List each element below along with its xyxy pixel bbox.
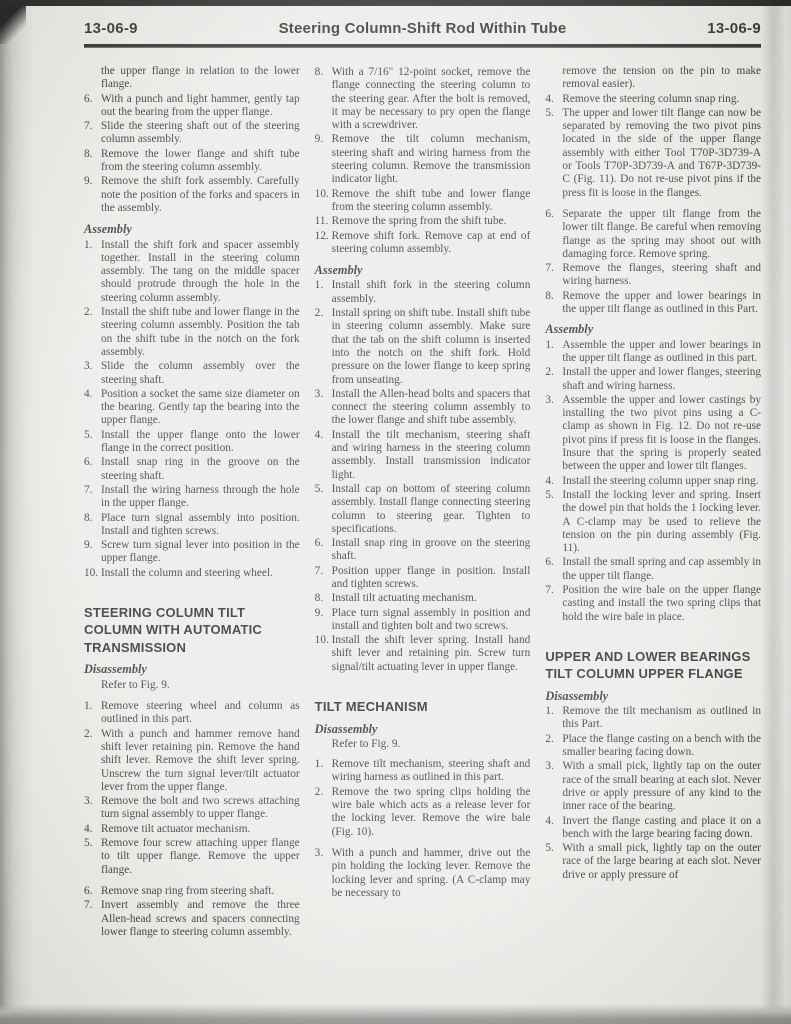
item-text: Install the column and steering wheel.: [101, 567, 300, 580]
item-number: 6.: [84, 93, 101, 120]
list-item: 8.With a 7/16" 12-point socket, remove t…: [315, 66, 531, 132]
item-text: Remove tilt mechanism, steering shaft an…: [332, 758, 531, 785]
item-text: Install shift fork in the steering colum…: [332, 279, 531, 306]
item-text: The upper and lower tilt flange can now …: [562, 107, 761, 200]
list-item: 9.Place turn signal assembly in position…: [315, 607, 531, 634]
item-text: Remove steering wheel and column as outl…: [101, 700, 300, 727]
item-number: 10.: [315, 634, 332, 674]
item-text: Install the small spring and cap assembl…: [562, 556, 761, 583]
list-item: 3.With a small pick, lightly tap on the …: [545, 760, 761, 813]
item-number: 3.: [545, 394, 562, 474]
list-item: 5.Remove four screw attaching upper flan…: [84, 837, 300, 877]
item-text: Install cap on bottom of steering column…: [332, 483, 531, 536]
list-item: 5.Install cap on bottom of steering colu…: [315, 483, 531, 536]
bottom-edge-shadow: [0, 1004, 791, 1024]
list-item: 8.Install tilt actuating mechanism.: [315, 592, 531, 605]
item-number: 7.: [545, 262, 562, 289]
section-heading: UPPER AND LOWER BEARINGS TILT COLUMN UPP…: [545, 648, 761, 683]
top-edge-bar: [0, 0, 791, 6]
item-number: 9.: [84, 539, 101, 566]
item-number: 7.: [545, 584, 562, 624]
item-number: 11.: [315, 215, 332, 228]
item-text: Remove the shift fork assembly. Carefull…: [101, 175, 300, 215]
item-text: Slide the steering shaft out of the stee…: [101, 120, 300, 147]
item-text: Place turn signal assembly in position a…: [332, 607, 531, 634]
list-item: 2.Install the shift tube and lower flang…: [84, 306, 300, 359]
item-number: 9.: [315, 133, 332, 186]
continuation-text: the upper flange in relation to the lowe…: [84, 65, 300, 92]
item-text: Install the shift fork and spacer assemb…: [101, 239, 300, 305]
list-item: 10.Remove the shift tube and lower flang…: [315, 188, 531, 215]
item-text: Remove the tilt mechanism as outlined in…: [562, 705, 761, 732]
list-item: 6.Install snap ring in the groove on the…: [84, 456, 300, 483]
item-number: 2.: [84, 306, 101, 359]
item-number: 2.: [315, 786, 332, 839]
item-text: Install the tilt mechanism, steering sha…: [332, 429, 531, 482]
item-number: 6.: [315, 537, 332, 564]
item-text: Remove tilt actuator mechanism.: [101, 823, 300, 836]
item-number: 8.: [84, 512, 101, 539]
item-number: 6.: [84, 885, 101, 898]
item-number: 3.: [84, 795, 101, 822]
item-text: Remove the upper and lower bearings in t…: [562, 290, 761, 317]
item-text: With a punch and hammer remove hand shif…: [101, 728, 300, 794]
list-item: 6.Install snap ring in groove on the ste…: [315, 537, 531, 564]
list-item: 3.Assemble the upper and lower castings …: [545, 394, 761, 474]
item-text: Remove the steering column snap ring.: [562, 93, 761, 106]
item-number: 8.: [84, 148, 101, 175]
list-item: 5.Install the locking lever and spring. …: [545, 489, 761, 555]
item-text: Install the upper flange onto the lower …: [101, 429, 300, 456]
item-text: With a punch and hammer, drive out the p…: [332, 847, 531, 900]
continuation-text: remove the tension on the pin to make re…: [545, 65, 761, 92]
item-text: Invert the flange casting and place it o…: [562, 815, 761, 842]
item-number: 8.: [315, 592, 332, 605]
refer-note: Refer to Fig. 9.: [84, 679, 300, 692]
subsection-heading: Assembly: [315, 264, 531, 277]
item-number: 7.: [84, 899, 101, 939]
list-item: 1.Install the shift fork and spacer asse…: [84, 239, 300, 305]
binding-shadow-left: [0, 0, 34, 1024]
item-text: Invert assembly and remove the three All…: [101, 899, 300, 939]
list-item: 9.Screw turn signal lever into position …: [84, 539, 300, 566]
item-text: With a small pick, lightly tap on the ou…: [562, 760, 761, 813]
list-item: 6.Remove snap ring from steering shaft.: [84, 885, 300, 898]
list-item: 6.With a punch and light hammer, gently …: [84, 93, 300, 120]
item-number: 7.: [84, 484, 101, 511]
list-item: 2.Place the flange casting on a bench wi…: [545, 733, 761, 760]
item-number: 6.: [545, 208, 562, 261]
item-text: With a small pick, lightly tap on the ou…: [562, 842, 761, 882]
item-text: Install spring on shift tube. Install sh…: [332, 307, 531, 387]
binding-shadow-corner: [0, 0, 26, 44]
item-text: Install the shift lever spring. Install …: [332, 634, 531, 674]
list-item: 7.Invert assembly and remove the three A…: [84, 899, 300, 939]
item-number: 7.: [84, 120, 101, 147]
list-item: 9.Remove the tilt column mechanism, stee…: [315, 133, 531, 186]
list-item: 6.Separate the upper tilt flange from th…: [545, 208, 761, 261]
doc-column: 8.With a 7/16" 12-point socket, remove t…: [315, 65, 531, 939]
subsection-heading: Assembly: [84, 223, 300, 236]
item-text: Remove the tilt column mechanism, steeri…: [332, 133, 531, 186]
item-number: 5.: [545, 489, 562, 555]
doc-column: the upper flange in relation to the lowe…: [84, 65, 300, 939]
item-number: 1.: [545, 705, 562, 732]
scan-page: 13-06-9 Steering Column-Shift Rod Within…: [0, 0, 791, 1024]
list-item: 4.Install the tilt mechanism, steering s…: [315, 429, 531, 482]
item-number: 2.: [545, 733, 562, 760]
item-text: Separate the upper tilt flange from the …: [562, 208, 761, 261]
page-header: 13-06-9 Steering Column-Shift Rod Within…: [84, 20, 761, 37]
list-item: 2.With a punch and hammer remove hand sh…: [84, 728, 300, 794]
item-text: Remove the flanges, steering shaft and w…: [562, 262, 761, 289]
item-number: 4.: [545, 93, 562, 106]
item-number: 8.: [545, 290, 562, 317]
page-content: 13-06-9 Steering Column-Shift Rod Within…: [84, 20, 761, 939]
item-number: 5.: [545, 107, 562, 200]
item-text: Position upper flange in position. Insta…: [332, 565, 531, 592]
item-text: Install snap ring in groove on the steer…: [332, 537, 531, 564]
item-number: 3.: [315, 388, 332, 428]
item-number: 9.: [84, 175, 101, 215]
subsection-heading: Disassembly: [315, 723, 531, 736]
item-number: 1.: [545, 339, 562, 366]
list-item: 5.With a small pick, lightly tap on the …: [545, 842, 761, 882]
columns: the upper flange in relation to the lowe…: [84, 65, 761, 939]
item-text: Position the wire bale on the upper flan…: [562, 584, 761, 624]
item-text: Assemble the upper and lower castings by…: [562, 394, 761, 474]
item-text: Install tilt actuating mechanism.: [332, 592, 531, 605]
item-number: 9.: [315, 607, 332, 634]
list-item: 1.Remove steering wheel and column as ou…: [84, 700, 300, 727]
section-heading: TILT MECHANISM: [315, 698, 531, 716]
list-item: 1.Remove the tilt mechanism as outlined …: [545, 705, 761, 732]
refer-note: Refer to Fig. 9.: [315, 738, 531, 751]
item-number: 5.: [84, 837, 101, 877]
item-number: 4.: [545, 475, 562, 488]
item-text: With a 7/16" 12-point socket, remove the…: [332, 66, 531, 132]
list-item: 7.Slide the steering shaft out of the st…: [84, 120, 300, 147]
list-item: 10.Install the shift lever spring. Insta…: [315, 634, 531, 674]
item-number: 10.: [84, 567, 101, 580]
item-number: 5.: [315, 483, 332, 536]
item-text: Screw turn signal lever into position in…: [101, 539, 300, 566]
item-text: Remove the shift tube and lower flange f…: [332, 188, 531, 215]
item-number: 5.: [84, 429, 101, 456]
list-item: 8.Remove the lower flange and shift tube…: [84, 148, 300, 175]
item-text: Remove shift fork. Remove cap at end of …: [332, 230, 531, 257]
item-number: 12.: [315, 230, 332, 257]
list-item: 3.With a punch and hammer, drive out the…: [315, 847, 531, 900]
list-item: 7.Position upper flange in position. Ins…: [315, 565, 531, 592]
list-item: 3.Install the Allen-head bolts and space…: [315, 388, 531, 428]
item-number: 3.: [84, 360, 101, 387]
list-item: 12.Remove shift fork. Remove cap at end …: [315, 230, 531, 257]
subsection-heading: Disassembly: [84, 663, 300, 676]
list-item: 4.Remove tilt actuator mechanism.: [84, 823, 300, 836]
item-number: 1.: [84, 700, 101, 727]
item-number: 1.: [315, 279, 332, 306]
item-number: 4.: [315, 429, 332, 482]
list-item: 7.Install the wiring harness through the…: [84, 484, 300, 511]
item-text: Remove snap ring from steering shaft.: [101, 885, 300, 898]
item-number: 1.: [84, 239, 101, 305]
list-item: 1.Assemble the upper and lower bearings …: [545, 339, 761, 366]
item-number: 4.: [84, 823, 101, 836]
list-item: 3.Remove the bolt and two screws attachi…: [84, 795, 300, 822]
list-item: 2.Install the upper and lower flanges, s…: [545, 366, 761, 393]
list-item: 7.Remove the flanges, steering shaft and…: [545, 262, 761, 289]
list-item: 6.Install the small spring and cap assem…: [545, 556, 761, 583]
item-number: 2.: [315, 307, 332, 387]
item-number: 5.: [545, 842, 562, 882]
list-item: 4.Install the steering column upper snap…: [545, 475, 761, 488]
item-number: 2.: [84, 728, 101, 794]
item-text: Remove four screw attaching upper flange…: [101, 837, 300, 877]
list-item: 5.Install the upper flange onto the lowe…: [84, 429, 300, 456]
item-number: 4.: [545, 815, 562, 842]
page-number-right: 13-06-9: [707, 20, 761, 37]
list-item: 3.Slide the column assembly over the ste…: [84, 360, 300, 387]
item-text: Install the locking lever and spring. In…: [562, 489, 761, 555]
item-number: 8.: [315, 66, 332, 132]
list-item: 8.Remove the upper and lower bearings in…: [545, 290, 761, 317]
subsection-heading: Disassembly: [545, 690, 761, 703]
page-title: Steering Column-Shift Rod Within Tube: [138, 20, 707, 37]
doc-column: remove the tension on the pin to make re…: [545, 65, 761, 939]
right-page-edge: [761, 0, 791, 1024]
item-text: Install the Allen-head bolts and spacers…: [332, 388, 531, 428]
subsection-heading: Assembly: [545, 323, 761, 336]
list-item: 4.Remove the steering column snap ring.: [545, 93, 761, 106]
section-heading: STEERING COLUMN TILT COLUMN WITH AUTOMAT…: [84, 604, 300, 657]
page-number-left: 13-06-9: [84, 20, 138, 37]
list-item: 4.Invert the flange casting and place it…: [545, 815, 761, 842]
item-text: Position a socket the same size diameter…: [101, 388, 300, 428]
item-text: Remove the lower flange and shift tube f…: [101, 148, 300, 175]
item-text: Remove the spring from the shift tube.: [332, 215, 531, 228]
item-number: 1.: [315, 758, 332, 785]
list-item: 2.Remove the two spring clips holding th…: [315, 786, 531, 839]
item-number: 3.: [545, 760, 562, 813]
item-number: 7.: [315, 565, 332, 592]
list-item: 11.Remove the spring from the shift tube…: [315, 215, 531, 228]
header-rule: [84, 44, 761, 48]
list-item: 2.Install spring on shift tube. Install …: [315, 307, 531, 387]
list-item: 8.Place turn signal assembly into positi…: [84, 512, 300, 539]
item-text: Install the shift tube and lower flange …: [101, 306, 300, 359]
item-number: 3.: [315, 847, 332, 900]
item-number: 6.: [545, 556, 562, 583]
item-text: Install snap ring in the groove on the s…: [101, 456, 300, 483]
item-text: Slide the column assembly over the steer…: [101, 360, 300, 387]
list-item: 4.Position a socket the same size diamet…: [84, 388, 300, 428]
item-number: 10.: [315, 188, 332, 215]
list-item: 9.Remove the shift fork assembly. Carefu…: [84, 175, 300, 215]
item-number: 6.: [84, 456, 101, 483]
item-text: Install the steering column upper snap r…: [562, 475, 761, 488]
list-item: 10.Install the column and steering wheel…: [84, 567, 300, 580]
item-number: 2.: [545, 366, 562, 393]
item-text: Place the flange casting on a bench with…: [562, 733, 761, 760]
list-item: 1.Install shift fork in the steering col…: [315, 279, 531, 306]
list-item: 5.The upper and lower tilt flange can no…: [545, 107, 761, 200]
item-text: Install the upper and lower flanges, ste…: [562, 366, 761, 393]
item-text: Remove the bolt and two screws attaching…: [101, 795, 300, 822]
list-item: 7.Position the wire bale on the upper fl…: [545, 584, 761, 624]
item-text: Install the wiring harness through the h…: [101, 484, 300, 511]
item-text: Remove the two spring clips holding the …: [332, 786, 531, 839]
item-text: Place turn signal assembly into position…: [101, 512, 300, 539]
list-item: 1.Remove tilt mechanism, steering shaft …: [315, 758, 531, 785]
item-text: Assemble the upper and lower bearings in…: [562, 339, 761, 366]
item-text: With a punch and light hammer, gently ta…: [101, 93, 300, 120]
item-number: 4.: [84, 388, 101, 428]
